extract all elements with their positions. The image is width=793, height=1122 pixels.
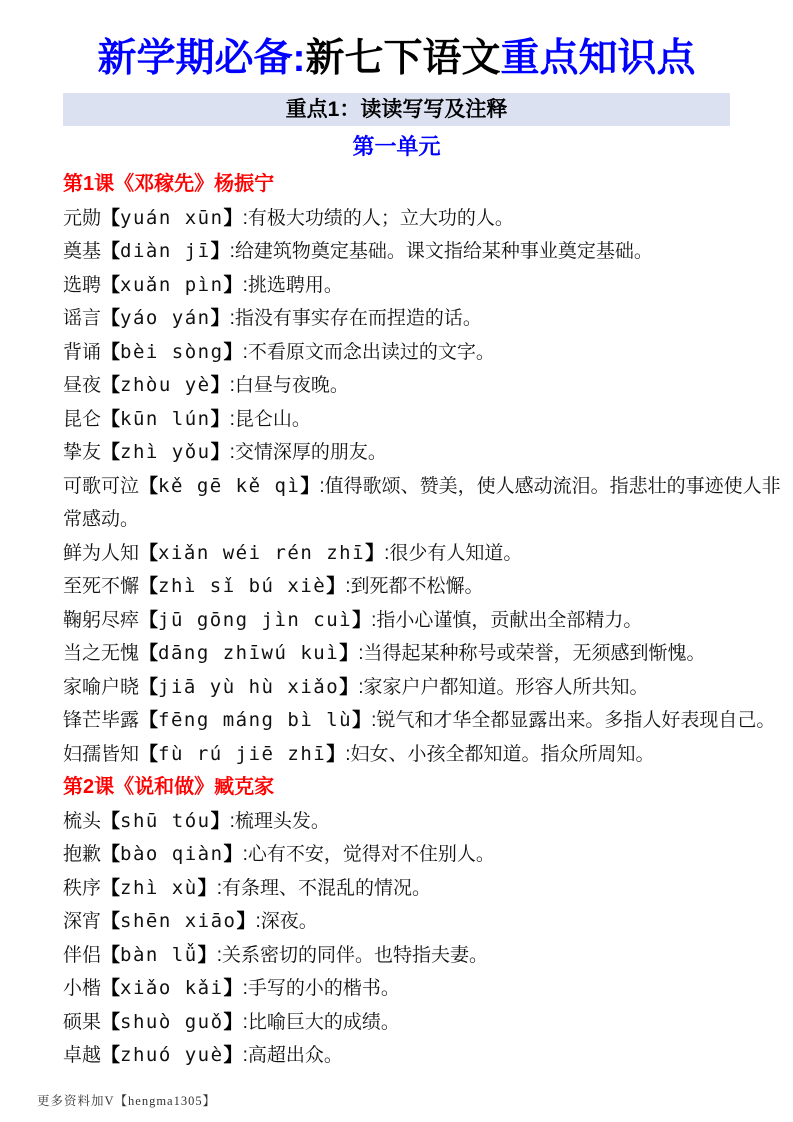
vocab-pinyin: yáo yán bbox=[120, 307, 211, 329]
footer-watermark: 更多资料加V【hengma1305】 bbox=[37, 1091, 216, 1109]
lesson-heading: 第1课《邓稼先》杨振宁 bbox=[63, 168, 785, 202]
vocab-term: 秩序 bbox=[63, 878, 101, 899]
topic-banner: 重点1：读读写写及注释 bbox=[63, 93, 730, 126]
bracket-open: 【 bbox=[139, 576, 158, 597]
vocab-pinyin: xiǎn wéi rén zhī bbox=[158, 542, 365, 564]
vocab-definition: :交情深厚的朋友。 bbox=[230, 442, 387, 463]
vocab-entry: 谣言【yáo yán】:指没有事实存在而捏造的话。 bbox=[63, 302, 785, 336]
document-page: 新学期必备:新七下语文重点知识点 重点1：读读写写及注释 第一单元 第1课《邓稼… bbox=[0, 0, 793, 1122]
bracket-close: 】 bbox=[339, 677, 358, 698]
vocab-entry: 卓越【zhuó yuè】:高超出众。 bbox=[63, 1039, 785, 1073]
vocab-term: 卓越 bbox=[63, 1045, 101, 1066]
vocab-pinyin: dāng zhīwú kuì bbox=[158, 642, 339, 664]
vocab-pinyin: shuò guǒ bbox=[120, 1011, 224, 1033]
vocab-definition: :指没有事实存在而捏造的话。 bbox=[230, 308, 482, 329]
vocab-term: 背诵 bbox=[63, 342, 101, 363]
vocab-entry: 锋芒毕露【fēng máng bì lù】:锐气和才华全都显露出来。多指人好表现… bbox=[63, 704, 785, 738]
vocab-entry: 当之无愧【dāng zhīwú kuì】:当得起某种称号或荣誉，无须感到惭愧。 bbox=[63, 637, 785, 671]
vocab-pinyin: jiā yù hù xiǎo bbox=[158, 676, 339, 698]
entry-list: 梳头【shū tóu】:梳理头发。 抱歉【bào qiàn】:心有不安，觉得对不… bbox=[63, 805, 785, 1073]
doc-title: 新学期必备:新七下语文重点知识点 bbox=[0, 0, 793, 85]
bracket-close: 】 bbox=[326, 744, 345, 765]
vocab-term: 小楷 bbox=[63, 978, 101, 999]
bracket-open: 【 bbox=[139, 744, 158, 765]
vocab-pinyin: xuǎn pìn bbox=[120, 274, 224, 296]
bracket-close: 】 bbox=[224, 1045, 243, 1066]
vocab-entry: 鲜为人知【xiǎn wéi rén zhī】:很少有人知道。 bbox=[63, 537, 785, 571]
vocab-pinyin: jū gōng jìn cuì bbox=[158, 609, 352, 631]
bracket-close: 】 bbox=[300, 476, 319, 497]
vocab-definition: :家家户户都知道。形容人所共知。 bbox=[358, 677, 648, 698]
vocab-entry: 深宵【shēn xiāo】:深夜。 bbox=[63, 905, 785, 939]
bracket-open: 【 bbox=[139, 710, 158, 731]
doc-title-segment-3: 重点知识点 bbox=[501, 37, 696, 80]
bracket-close: 】 bbox=[365, 543, 384, 564]
bracket-close: 】 bbox=[352, 710, 371, 731]
vocab-pinyin: kūn lún bbox=[120, 408, 211, 430]
vocab-entry: 家喻户晓【jiā yù hù xiǎo】:家家户户都知道。形容人所共知。 bbox=[63, 671, 785, 705]
vocab-pinyin: xiǎo kǎi bbox=[120, 977, 224, 999]
vocab-pinyin: shēn xiāo bbox=[120, 910, 236, 932]
vocab-term: 梳头 bbox=[63, 811, 101, 832]
bracket-close: 】 bbox=[236, 911, 255, 932]
bracket-open: 【 bbox=[101, 275, 120, 296]
topic-banner-text: 重点1：读读写写及注释 bbox=[286, 98, 508, 121]
bracket-open: 【 bbox=[101, 911, 120, 932]
vocab-definition: :关系密切的同伴。也特指夫妻。 bbox=[217, 945, 488, 966]
lesson-section: 第2课《说和做》臧克家 梳头【shū tóu】:梳理头发。 抱歉【bào qià… bbox=[63, 771, 785, 1073]
bracket-close: 】 bbox=[211, 442, 230, 463]
lesson-heading: 第2课《说和做》臧克家 bbox=[63, 771, 785, 805]
unit-heading: 第一单元 bbox=[0, 129, 793, 165]
bracket-open: 【 bbox=[101, 878, 120, 899]
vocab-term: 可歌可泣 bbox=[63, 476, 139, 497]
vocab-definition: :手写的小的楷书。 bbox=[243, 978, 400, 999]
vocab-definition: :不看原文而念出读过的文字。 bbox=[243, 342, 495, 363]
vocab-term: 奠基 bbox=[63, 241, 101, 262]
vocab-entry: 背诵【bèi sòng】:不看原文而念出读过的文字。 bbox=[63, 336, 785, 370]
vocab-pinyin: kě gē kě qì bbox=[158, 475, 300, 497]
vocab-definition: :白昼与夜晚。 bbox=[230, 375, 349, 396]
vocab-term: 家喻户晓 bbox=[63, 677, 139, 698]
vocab-definition: :昆仑山。 bbox=[230, 409, 311, 430]
vocab-entry: 抱歉【bào qiàn】:心有不安，觉得对不住别人。 bbox=[63, 838, 785, 872]
lesson-section: 第1课《邓稼先》杨振宁 元勋【yuán xūn】:有极大功绩的人；立大功的人。 … bbox=[63, 168, 785, 771]
vocab-definition: :有极大功绩的人；立大功的人。 bbox=[243, 208, 514, 229]
bracket-open: 【 bbox=[101, 208, 120, 229]
vocab-term: 硕果 bbox=[63, 1012, 101, 1033]
vocab-entry: 至死不懈【zhì sǐ bú xiè】:到死都不松懈。 bbox=[63, 570, 785, 604]
bracket-close: 】 bbox=[224, 1012, 243, 1033]
vocab-term: 深宵 bbox=[63, 911, 101, 932]
bracket-open: 【 bbox=[101, 945, 120, 966]
vocab-entry: 奠基【diàn jī】:给建筑物奠定基础。课文指给某种事业奠定基础。 bbox=[63, 235, 785, 269]
vocab-term: 伴侣 bbox=[63, 945, 101, 966]
vocab-term: 妇孺皆知 bbox=[63, 744, 139, 765]
vocab-pinyin: shū tóu bbox=[120, 810, 211, 832]
vocab-definition: :指小心谨慎，贡献出全部精力。 bbox=[371, 610, 642, 631]
vocab-term: 锋芒毕露 bbox=[63, 710, 139, 731]
bracket-close: 】 bbox=[339, 643, 358, 664]
bracket-open: 【 bbox=[139, 476, 158, 497]
vocab-term: 鞠躬尽瘁 bbox=[63, 610, 139, 631]
vocab-term: 昼夜 bbox=[63, 375, 101, 396]
bracket-close: 】 bbox=[224, 978, 243, 999]
vocab-pinyin: zhòu yè bbox=[120, 374, 211, 396]
vocab-definition: :梳理头发。 bbox=[230, 811, 330, 832]
vocab-pinyin: zhì yǒu bbox=[120, 441, 211, 463]
bracket-open: 【 bbox=[101, 844, 120, 865]
bracket-close: 】 bbox=[224, 342, 243, 363]
bracket-close: 】 bbox=[211, 308, 230, 329]
bracket-close: 】 bbox=[211, 409, 230, 430]
vocab-term: 昆仑 bbox=[63, 409, 101, 430]
vocab-pinyin: bèi sòng bbox=[120, 341, 224, 363]
bracket-open: 【 bbox=[139, 643, 158, 664]
vocab-entry: 可歌可泣【kě gē kě qì】:值得歌颂、赞美，使人感动流泪。指悲壮的事迹使… bbox=[63, 470, 785, 537]
vocab-term: 抱歉 bbox=[63, 844, 101, 865]
vocab-term: 选聘 bbox=[63, 275, 101, 296]
vocab-sections: 第1课《邓稼先》杨振宁 元勋【yuán xūn】:有极大功绩的人；立大功的人。 … bbox=[63, 168, 785, 1073]
vocab-definition: :妇女、小孩全都知道。指众所周知。 bbox=[345, 744, 654, 765]
bracket-close: 】 bbox=[211, 811, 230, 832]
vocab-entry: 元勋【yuán xūn】:有极大功绩的人；立大功的人。 bbox=[63, 202, 785, 236]
vocab-entry: 选聘【xuǎn pìn】:挑选聘用。 bbox=[63, 269, 785, 303]
bracket-close: 】 bbox=[198, 878, 217, 899]
vocab-pinyin: diàn jī bbox=[120, 240, 211, 262]
vocab-pinyin: fù rú jiē zhī bbox=[158, 743, 326, 765]
vocab-definition: :到死都不松懈。 bbox=[345, 576, 483, 597]
vocab-definition: :当得起某种称号或荣誉，无须感到惭愧。 bbox=[358, 643, 705, 664]
vocab-term: 当之无愧 bbox=[63, 643, 139, 664]
vocab-pinyin: yuán xūn bbox=[120, 207, 224, 229]
bracket-close: 】 bbox=[326, 576, 345, 597]
doc-title-segment-1: 新学期必备: bbox=[97, 37, 305, 80]
bracket-close: 】 bbox=[198, 945, 217, 966]
bracket-open: 【 bbox=[101, 241, 120, 262]
vocab-term: 鲜为人知 bbox=[63, 543, 139, 564]
bracket-close: 】 bbox=[211, 375, 230, 396]
bracket-close: 】 bbox=[352, 610, 371, 631]
bracket-open: 【 bbox=[139, 610, 158, 631]
vocab-term: 谣言 bbox=[63, 308, 101, 329]
vocab-term: 挚友 bbox=[63, 442, 101, 463]
vocab-entry: 挚友【zhì yǒu】:交情深厚的朋友。 bbox=[63, 436, 785, 470]
doc-title-segment-2: 新七下语文 bbox=[305, 37, 500, 80]
vocab-definition: :很少有人知道。 bbox=[384, 543, 522, 564]
bracket-open: 【 bbox=[101, 1045, 120, 1066]
bracket-close: 】 bbox=[224, 208, 243, 229]
vocab-pinyin: zhì xù bbox=[120, 877, 198, 899]
vocab-definition: :心有不安，觉得对不住别人。 bbox=[243, 844, 495, 865]
bracket-open: 【 bbox=[139, 543, 158, 564]
bracket-open: 【 bbox=[101, 1012, 120, 1033]
vocab-entry: 妇孺皆知【fù rú jiē zhī】:妇女、小孩全都知道。指众所周知。 bbox=[63, 738, 785, 772]
bracket-close: 】 bbox=[211, 241, 230, 262]
vocab-term: 元勋 bbox=[63, 208, 101, 229]
vocab-definition: :深夜。 bbox=[256, 911, 318, 932]
vocab-entry: 昼夜【zhòu yè】:白昼与夜晚。 bbox=[63, 369, 785, 403]
bracket-close: 】 bbox=[224, 275, 243, 296]
vocab-entry: 伴侣【bàn lǚ】:关系密切的同伴。也特指夫妻。 bbox=[63, 939, 785, 973]
bracket-open: 【 bbox=[101, 342, 120, 363]
vocab-definition: :给建筑物奠定基础。课文指给某种事业奠定基础。 bbox=[230, 241, 653, 262]
vocab-definition: :比喻巨大的成绩。 bbox=[243, 1012, 400, 1033]
entry-list: 元勋【yuán xūn】:有极大功绩的人；立大功的人。 奠基【diàn jī】:… bbox=[63, 202, 785, 772]
bracket-open: 【 bbox=[101, 308, 120, 329]
vocab-entry: 梳头【shū tóu】:梳理头发。 bbox=[63, 805, 785, 839]
bracket-open: 【 bbox=[101, 409, 120, 430]
vocab-entry: 秩序【zhì xù】:有条理、不混乱的情况。 bbox=[63, 872, 785, 906]
vocab-term: 至死不懈 bbox=[63, 576, 139, 597]
bracket-open: 【 bbox=[139, 677, 158, 698]
vocab-pinyin: zhuó yuè bbox=[120, 1044, 224, 1066]
bracket-close: 】 bbox=[224, 844, 243, 865]
vocab-entry: 昆仑【kūn lún】:昆仑山。 bbox=[63, 403, 785, 437]
vocab-definition: :锐气和才华全都显露出来。多指人好表现自己。 bbox=[371, 710, 775, 731]
vocab-entry: 硕果【shuò guǒ】:比喻巨大的成绩。 bbox=[63, 1006, 785, 1040]
vocab-pinyin: bàn lǚ bbox=[120, 944, 198, 966]
bracket-open: 【 bbox=[101, 811, 120, 832]
bracket-open: 【 bbox=[101, 375, 120, 396]
vocab-definition: :挑选聘用。 bbox=[243, 275, 343, 296]
bracket-open: 【 bbox=[101, 442, 120, 463]
vocab-definition: :有条理、不混乱的情况。 bbox=[217, 878, 431, 899]
vocab-pinyin: zhì sǐ bú xiè bbox=[158, 575, 326, 597]
vocab-entry: 小楷【xiǎo kǎi】:手写的小的楷书。 bbox=[63, 972, 785, 1006]
vocab-entry: 鞠躬尽瘁【jū gōng jìn cuì】:指小心谨慎，贡献出全部精力。 bbox=[63, 604, 785, 638]
vocab-pinyin: fēng máng bì lù bbox=[158, 709, 352, 731]
vocab-pinyin: bào qiàn bbox=[120, 843, 224, 865]
bracket-open: 【 bbox=[101, 978, 120, 999]
vocab-definition: :高超出众。 bbox=[243, 1045, 343, 1066]
